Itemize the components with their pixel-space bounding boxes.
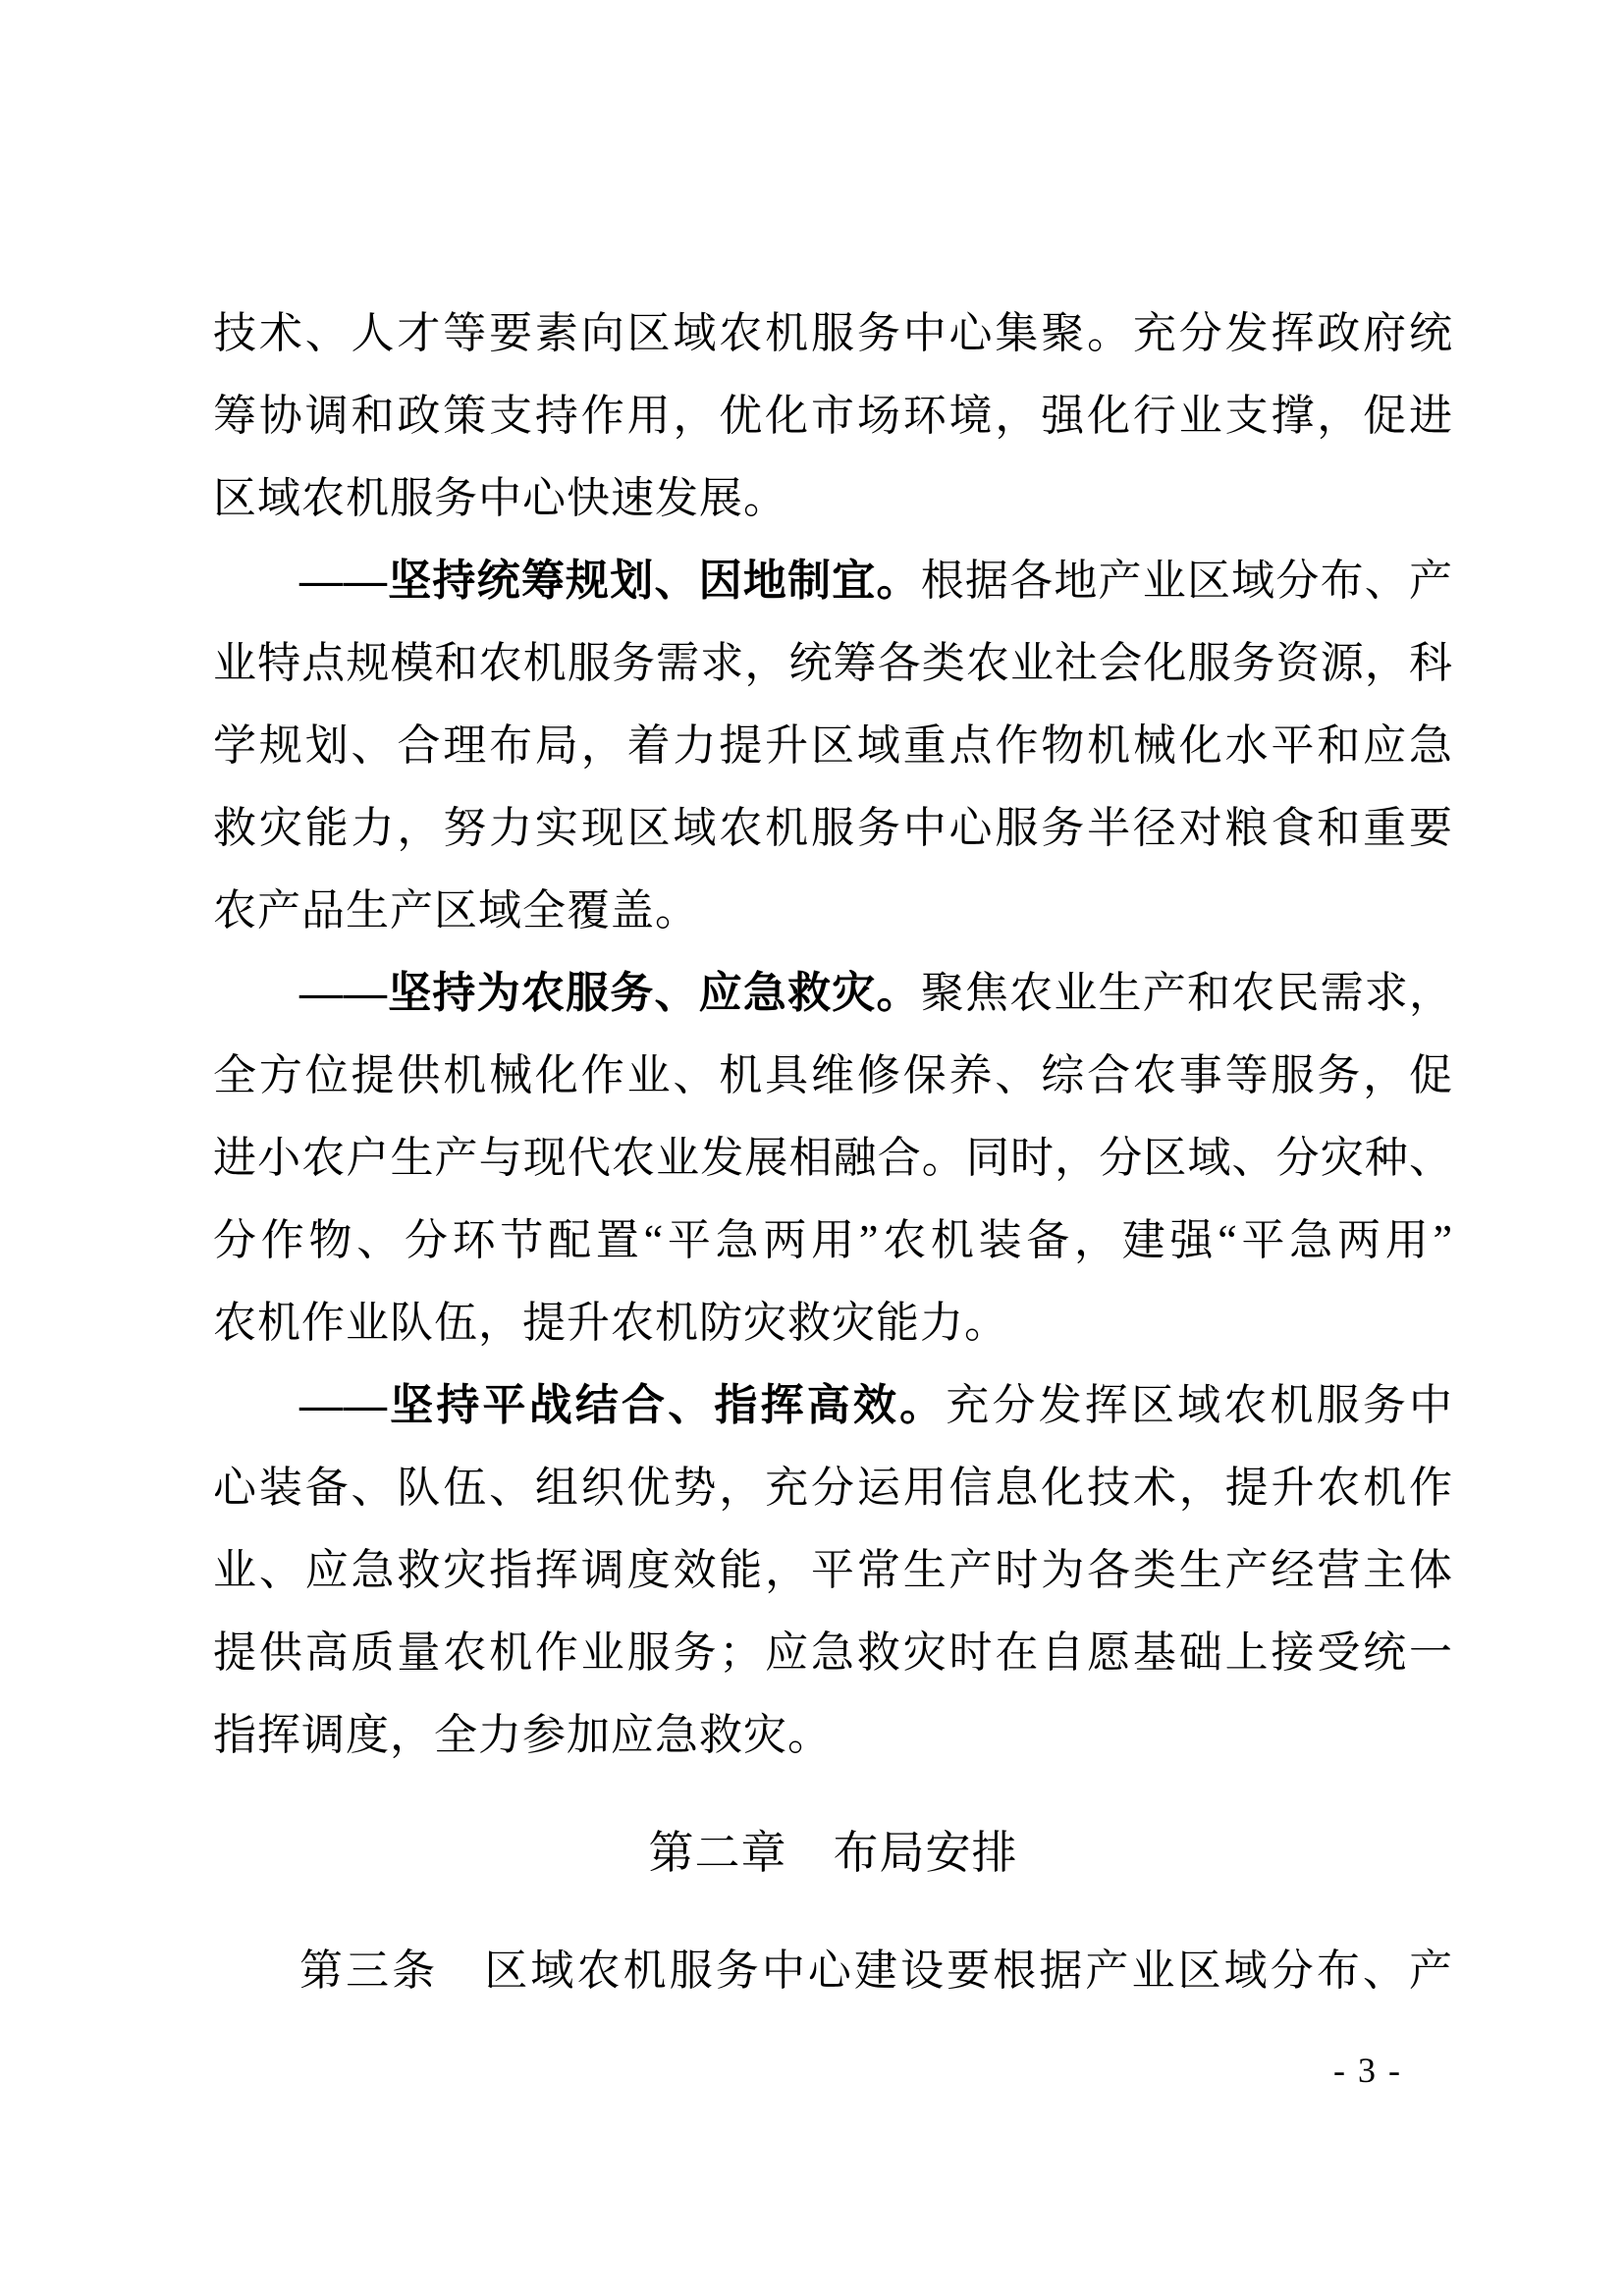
- text-segment: 指挥调度，全力参加应急救灾。: [213, 1711, 832, 1759]
- document-page: 技术、人才等要素向区域农机服务中心集聚。充分发挥政府统筹协调和政策支持作用，优化…: [0, 0, 1624, 2296]
- text-segment: 业、应急救灾指挥调度效能，平常生产时为各类生产经营主体: [213, 1546, 1453, 1594]
- text-line: ——坚持统筹规划、因地制宜。根据各地产业区域分布、产: [213, 540, 1453, 622]
- text-segment: 分作物、分环节配置“平急两用”农机装备，建强“平急两用”: [213, 1216, 1453, 1264]
- text-line: 农产品生产区域全覆盖。: [213, 870, 1453, 952]
- text-line: 指挥调度，全力参加应急救灾。: [213, 1694, 1453, 1777]
- chapter-heading: 第二章 布局安排: [213, 1812, 1453, 1895]
- text-segment: 业特点规模和农机服务需求，统筹各类农业社会化服务资源，科: [213, 639, 1453, 687]
- text-segment: 提供高质量农机作业服务；应急救灾时在自愿基础上接受统一: [213, 1629, 1453, 1677]
- text-line: 筹协调和政策支持作用，优化市场环境，强化行业支撑，促进: [213, 375, 1453, 457]
- text-segment: 区域农机服务中心快速发展。: [213, 474, 787, 522]
- page-number: - 3 -: [213, 2046, 1453, 2095]
- text-line: 技术、人才等要素向区域农机服务中心集聚。充分发挥政府统: [213, 293, 1453, 375]
- text-segment: 救灾能力，努力实现区域农机服务中心服务半径对粮食和重要: [213, 804, 1453, 852]
- text-segment: 筹协调和政策支持作用，优化市场环境，强化行业支撑，促进: [213, 392, 1453, 440]
- text-segment: 农机作业队伍，提升农机防灾救灾能力。: [213, 1299, 1008, 1347]
- text-line: 学规划、合理布局，着力提升区域重点作物机械化水平和应急: [213, 705, 1453, 787]
- text-segment: 进小农户生产与现代农业发展相融合。同时，分区域、分灾种、: [213, 1134, 1453, 1182]
- text-line: 救灾能力，努力实现区域农机服务中心服务半径对粮食和重要: [213, 787, 1453, 870]
- text-line: 分作物、分环节配置“平急两用”农机装备，建强“平急两用”: [213, 1200, 1453, 1282]
- text-line: ——坚持为农服务、应急救灾。聚焦农业生产和农民需求，: [213, 952, 1453, 1035]
- text-segment: 全方位提供机械化作业、机具维修保养、综合农事等服务，促: [213, 1051, 1453, 1099]
- text-line: 业特点规模和农机服务需求，统筹各类农业社会化服务资源，科: [213, 622, 1453, 705]
- text-segment: 技术、人才等要素向区域农机服务中心集聚。充分发挥政府统: [213, 309, 1453, 357]
- text-line: ——坚持平战结合、指挥高效。充分发挥区域农机服务中: [213, 1364, 1453, 1447]
- text-line: 心装备、队伍、组织优势，充分运用信息化技术，提升农机作: [213, 1447, 1453, 1529]
- text-segment: 根据各地产业区域分布、产: [921, 557, 1453, 605]
- document-body: 技术、人才等要素向区域农机服务中心集聚。充分发挥政府统筹协调和政策支持作用，优化…: [213, 293, 1453, 2095]
- text-line: 全方位提供机械化作业、机具维修保养、综合农事等服务，促: [213, 1035, 1453, 1117]
- text-segment: 农产品生产区域全覆盖。: [213, 886, 699, 934]
- text-line: 区域农机服务中心快速发展。: [213, 457, 1453, 540]
- bold-lead-in: ——坚持平战结合、指挥高效。: [299, 1381, 946, 1429]
- text-segment: 聚焦农业生产和农民需求，: [921, 969, 1453, 1017]
- text-segment: 心装备、队伍、组织优势，充分运用信息化技术，提升农机作: [213, 1464, 1453, 1512]
- text-segment: 充分发挥区域农机服务中: [946, 1381, 1453, 1429]
- bold-lead-in: ——坚持为农服务、应急救灾。: [299, 969, 921, 1017]
- text-segment: 学规划、合理布局，着力提升区域重点作物机械化水平和应急: [213, 721, 1453, 770]
- text-segment: 第三条 区域农机服务中心建设要根据产业区域分布、产: [299, 1947, 1453, 1995]
- text-line: 第三条 区域农机服务中心建设要根据产业区域分布、产: [213, 1930, 1453, 2012]
- text-line: 进小农户生产与现代农业发展相融合。同时，分区域、分灾种、: [213, 1117, 1453, 1200]
- text-line: 业、应急救灾指挥调度效能，平常生产时为各类生产经营主体: [213, 1529, 1453, 1612]
- bold-lead-in: ——坚持统筹规划、因地制宜。: [299, 557, 921, 605]
- text-segment: 第二章 布局安排: [649, 1828, 1018, 1878]
- text-line: 提供高质量农机作业服务；应急救灾时在自愿基础上接受统一: [213, 1612, 1453, 1694]
- text-line: 农机作业队伍，提升农机防灾救灾能力。: [213, 1282, 1453, 1364]
